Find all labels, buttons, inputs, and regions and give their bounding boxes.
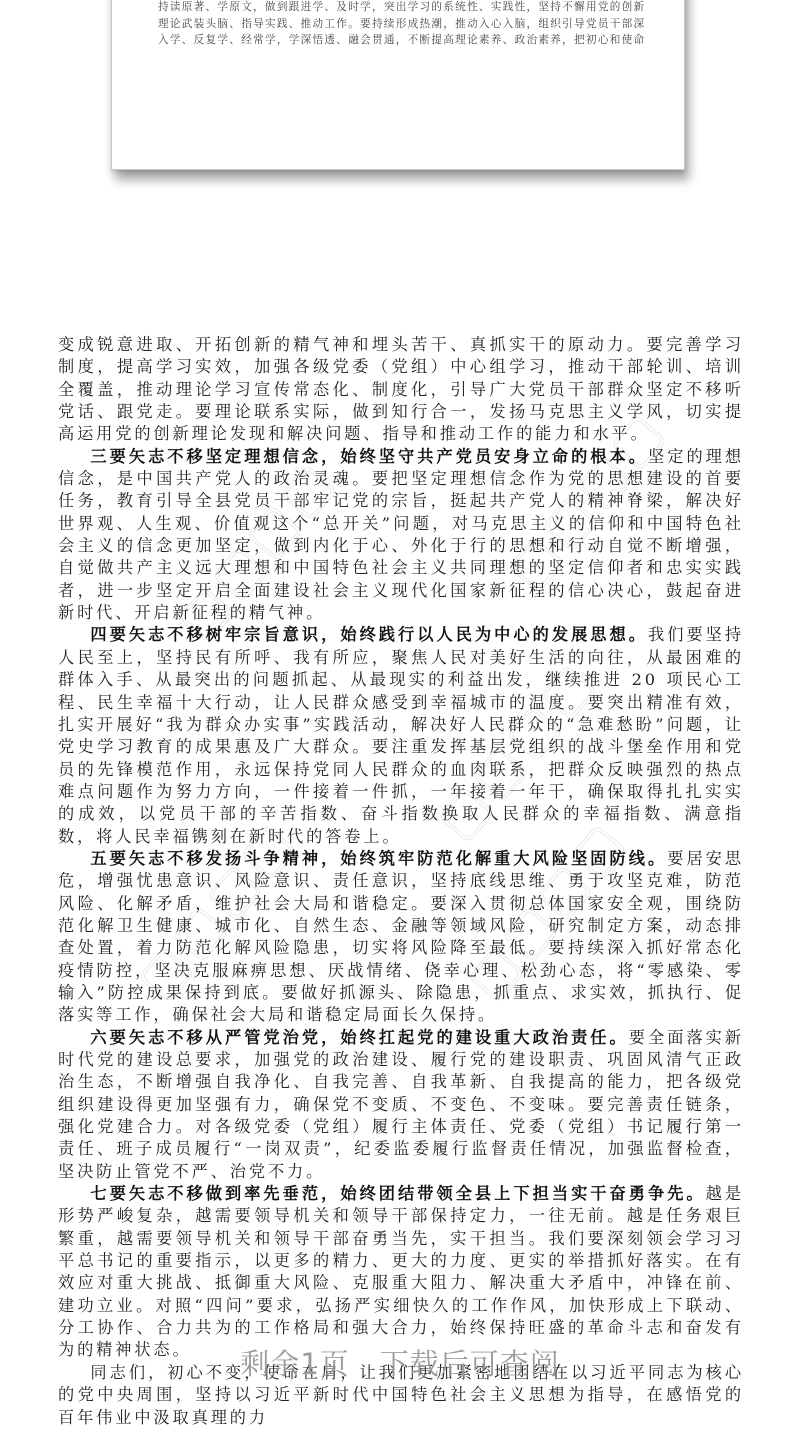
paragraph: 三要矢志不移坚定理想信念，始终坚守共产党员安身立命的根本。坚定的理想信念，是中国… — [58, 446, 744, 625]
paragraph-body: 要全面落实新时代党的建设总要求，加强党的政治建设、履行党的建设职责、巩固风清气正… — [58, 1028, 744, 1181]
previous-page-snippet: 持读原著、学原文，做到跟进学、及时学，突出学习的系统性、实践性，坚持不懈用党的创… — [158, 0, 645, 49]
paragraph: 四要矢志不移树牢宗旨意识，始终践行以人民为中心的发展思想。我们要坚持人民至上，坚… — [58, 624, 744, 847]
paragraph: 变成锐意进取、开拓创新的精气神和埋头苦干、真抓实干的原动力。要完善学习制度，提高… — [58, 334, 744, 446]
download-to-view-label[interactable]: 下载后可查阅 — [380, 1347, 560, 1381]
snippet-line: 持读原著、学原文，做到跟进学、及时学，突出学习的系统性、实践性，坚持不懈用党的创… — [158, 0, 645, 16]
paragraph-body: 坚定的理想信念，是中国共产党人的政治灵魂。要把坚定理想信念作为党的思想建设的首要… — [58, 447, 744, 622]
paragraph-body: 越是形势严峻复杂，越需要领导机关和领导干部保持定力，一往无前。越是任务艰巨繁重，… — [58, 1184, 744, 1359]
snippet-line: 理论武装头脑、指导实践、推动工作。要持续形成热潮，推动入心入脑，组织引导党员干部… — [158, 16, 645, 33]
previous-page-preview: 持读原著、学原文，做到跟进学、及时学，突出学习的系统性、实践性，坚持不懈用党的创… — [111, 0, 685, 170]
paragraph: 六要矢志不移从严管党治党，始终扛起党的建设重大政治责任。要全面落实新时代党的建设… — [58, 1027, 744, 1183]
paragraph-heading: 六要矢志不移从严管党治党，始终扛起党的建设重大政治责任。 — [90, 1028, 628, 1047]
paragraph-body: 我们要坚持人民至上，坚持民有所呼、我有所应，聚焦人民对美好生活的向往，从最困难的… — [58, 625, 744, 845]
paragraph-body: 要居安思危，增强忧患意识、风险意识、责任意识，坚持底线思维、勇于攻坚克难，防范风… — [58, 849, 744, 1024]
paragraph: 五要矢志不移发扬斗争精神，始终筑牢防范化解重大风险坚固防线。要居安思危，增强忧患… — [58, 848, 744, 1027]
paragraph-heading: 四要矢志不移树牢宗旨意识，始终践行以人民为中心的发展思想。 — [90, 625, 648, 644]
paragraph: 七要矢志不移做到率先垂范，始终团结带领全县上下担当实干奋勇争先。越是形势严峻复杂… — [58, 1183, 744, 1362]
snippet-line: 入学、反复学、经常学，学深悟透、融会贯通，不断提高理论素养、政治素养，把初心和使… — [158, 32, 645, 49]
paragraph-heading: 七要矢志不移做到率先垂范，始终团结带领全县上下担当实干奋勇争先。 — [90, 1184, 705, 1203]
document-body: 变成锐意进取、开拓创新的精气神和埋头苦干、真抓实干的原动力。要完善学习制度，提高… — [58, 334, 744, 1429]
remaining-pages-banner[interactable]: 剩余1页下载后可查阅 — [0, 1342, 800, 1383]
paragraph-heading: 三要矢志不移坚定理想信念，始终坚守共产党员安身立命的根本。 — [90, 447, 648, 466]
paragraph-heading: 五要矢志不移发扬斗争精神，始终筑牢防范化解重大风险坚固防线。 — [90, 849, 667, 868]
remaining-pages-label: 剩余1页 — [240, 1347, 349, 1381]
paragraph-body: 变成锐意进取、开拓创新的精气神和埋头苦干、真抓实干的原动力。要完善学习制度，提高… — [58, 335, 744, 443]
